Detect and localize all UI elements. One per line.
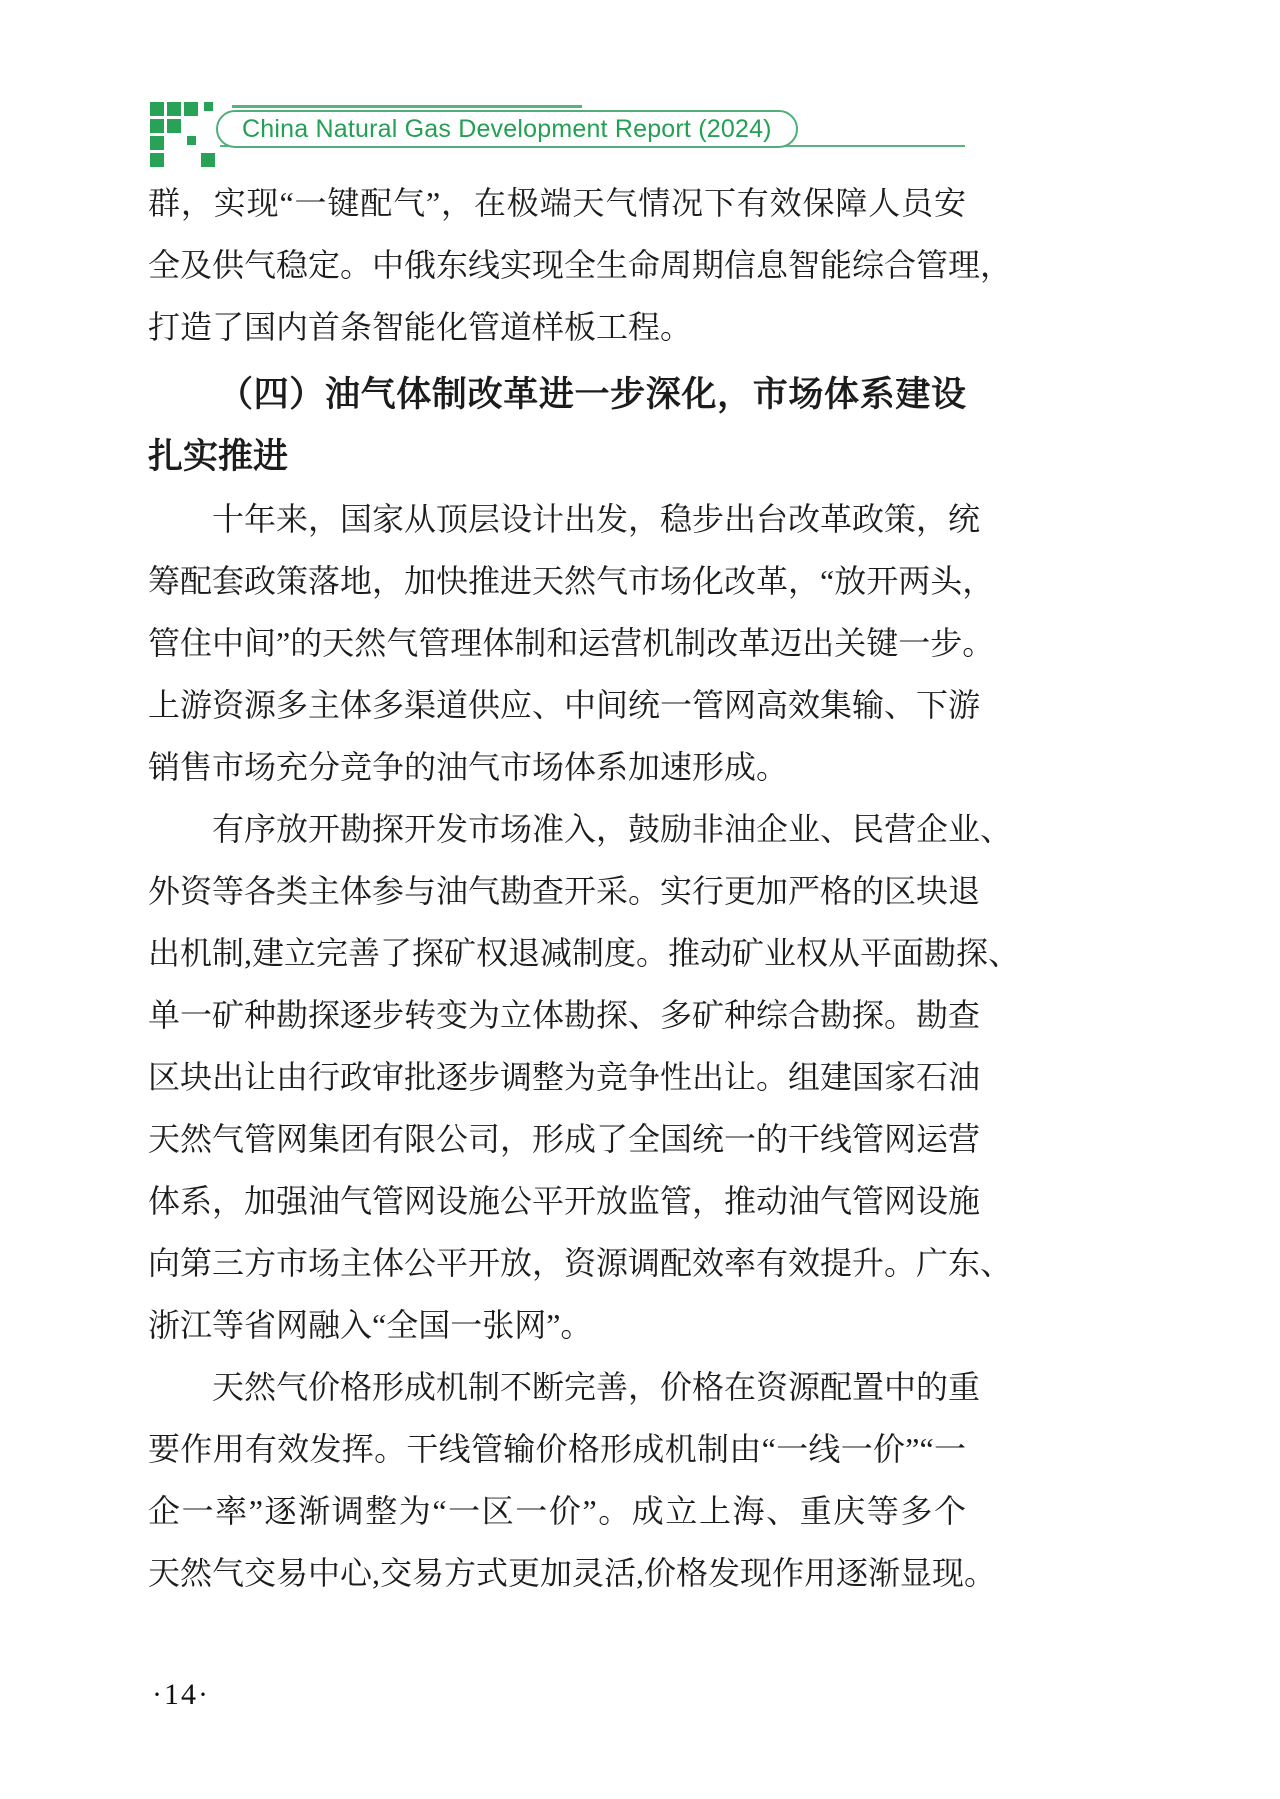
- section-heading-line: （四）油气体制改革进一步深化，市场体系建设: [148, 364, 966, 426]
- document-page: China Natural Gas Development Report (20…: [0, 0, 1280, 1799]
- text-line: 管住中间”的天然气管理体制和运营机制改革迈出关键一步。: [148, 612, 966, 674]
- text-line: 外资等各类主体参与油气勘查开采。实行更加严格的区块退: [148, 860, 966, 922]
- text-line: 单一矿种勘探逐步转变为立体勘探、多矿种综合勘探。勘查: [148, 984, 966, 1046]
- section-heading: （四）油气体制改革进一步深化，市场体系建设 扎实推进: [148, 364, 966, 488]
- text-line: 全及供气稳定。中俄东线实现全生命周期信息智能综合管理，: [148, 234, 966, 296]
- page-number: ·14·: [152, 1678, 210, 1712]
- text-line: 打造了国内首条智能化管道样板工程。: [148, 296, 966, 358]
- pixel-grid-logo-icon: [150, 102, 216, 168]
- text-line: 出机制,建立完善了探矿权退减制度。推动矿业权从平面勘探、: [148, 922, 966, 984]
- section-heading-line: 扎实推进: [148, 426, 966, 488]
- page-content: 群，实现“一键配气”，在极端天气情况下有效保障人员安 全及供气稳定。中俄东线实现…: [148, 172, 966, 1604]
- header-top-rule: [232, 105, 582, 108]
- text-line: 有序放开勘探开发市场准入，鼓励非油企业、民营企业、: [148, 798, 966, 860]
- text-line: 十年来，国家从顶层设计出发，稳步出台改革政策，统: [148, 488, 966, 550]
- report-title: China Natural Gas Development Report (20…: [242, 115, 772, 144]
- text-line: 区块出让由行政审批逐步调整为竞争性出让。组建国家石油: [148, 1046, 966, 1108]
- text-line: 浙江等省网融入“全国一张网”。: [148, 1294, 966, 1356]
- text-line: 筹配套政策落地，加快推进天然气市场化改革，“放开两头，: [148, 550, 966, 612]
- text-line: 上游资源多主体多渠道供应、中间统一管网高效集输、下游: [148, 674, 966, 736]
- report-title-badge: China Natural Gas Development Report (20…: [216, 110, 798, 148]
- text-line: 天然气管网集团有限公司，形成了全国统一的干线管网运营: [148, 1108, 966, 1170]
- text-line: 体系，加强油气管网设施公平开放监管，推动油气管网设施: [148, 1170, 966, 1232]
- text-line: 天然气交易中心,交易方式更加灵活,价格发现作用逐渐显现。: [148, 1542, 966, 1604]
- text-line: 要作用有效发挥。干线管输价格形成机制由“一线一价”“一: [148, 1418, 966, 1480]
- text-line: 天然气价格形成机制不断完善，价格在资源配置中的重: [148, 1356, 966, 1418]
- text-line: 企一率”逐渐调整为“一区一价”。成立上海、重庆等多个: [148, 1480, 966, 1542]
- text-line: 群，实现“一键配气”，在极端天气情况下有效保障人员安: [148, 172, 966, 234]
- text-line: 向第三方市场主体公平开放，资源调配效率有效提升。广东、: [148, 1232, 966, 1294]
- text-line: 销售市场充分竞争的油气市场体系加速形成。: [148, 736, 966, 798]
- page-header: China Natural Gas Development Report (20…: [0, 0, 1280, 170]
